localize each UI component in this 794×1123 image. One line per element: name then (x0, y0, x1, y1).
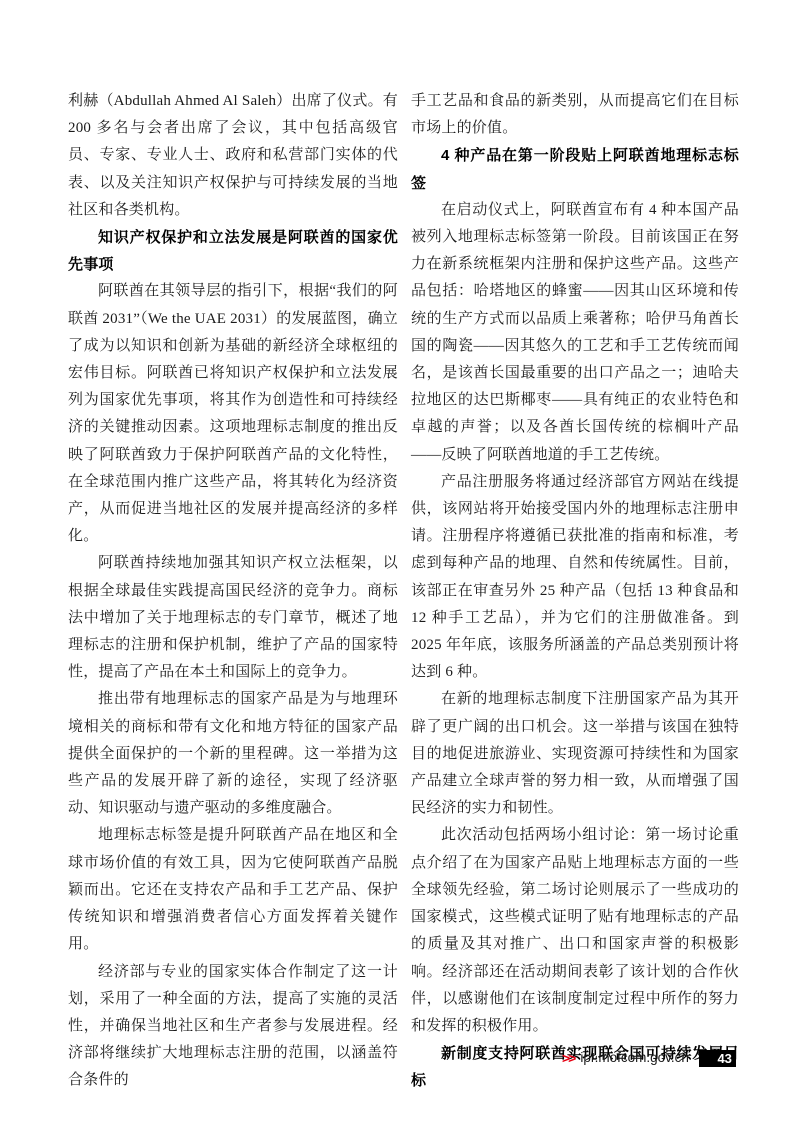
document-body: 利赫（Abdullah Ahmed Al Saleh）出席了仪式。有 200 多… (68, 88, 739, 1095)
paragraph: 阿联酋在其领导层的指引下，根据“我们的阿联酋 2031”（We the UAE … (68, 278, 398, 550)
paragraph: 此次活动包括两场小组讨论：第一场讨论重点介绍了在为国家产品贴上地理标志方面的一些… (411, 822, 739, 1040)
paragraph: 阿联酋持续地加强其知识产权立法框架，以根据全球最佳实践提高国民经济的竞争力。商标… (68, 550, 398, 686)
paragraph: 在新的地理标志制度下注册国家产品为其开辟了更广阔的出口机会。这一举措与该国在独特… (411, 686, 739, 822)
double-chevron-icon: >> (562, 1051, 574, 1065)
paragraph: 推出带有地理标志的国家产品是为与地理环境相关的商标和带有文化和地方特征的国家产品… (68, 686, 398, 822)
paragraph: 地理标志标签是提升阿联酋产品在地区和全球市场价值的有效工具，因为它使阿联酋产品脱… (68, 822, 398, 958)
right-column: 手工艺品和食品的新类别，从而提高它们在目标市场上的价值。 4 种产品在第一阶段贴… (411, 88, 739, 1095)
page-number-badge: 43 (699, 1050, 736, 1067)
section-heading: 知识产权保护和立法发展是阿联酋的国家优先事项 (68, 224, 398, 278)
paragraph: 手工艺品和食品的新类别，从而提高它们在目标市场上的价值。 (411, 88, 739, 142)
paragraph: 在启动仪式上，阿联酋宣布有 4 种本国产品被列入地理标志标签第一阶段。目前该国正… (411, 197, 739, 469)
paragraph: 利赫（Abdullah Ahmed Al Saleh）出席了仪式。有 200 多… (68, 88, 398, 224)
page-footer: >> ipr.mofcom.gov.cn 43 (562, 1048, 736, 1068)
footer-site-url: ipr.mofcom.gov.cn (580, 1051, 689, 1065)
paragraph: 产品注册服务将通过经济部官方网站在线提供，该网站将开始接受国内外的地理标志注册申… (411, 469, 739, 687)
left-column: 利赫（Abdullah Ahmed Al Saleh）出席了仪式。有 200 多… (68, 88, 398, 1095)
paragraph: 经济部与专业的国家实体合作制定了这一计划，采用了一种全面的方法，提高了实施的灵活… (68, 959, 398, 1095)
section-heading: 4 种产品在第一阶段贴上阿联酋地理标志标签 (411, 142, 739, 196)
